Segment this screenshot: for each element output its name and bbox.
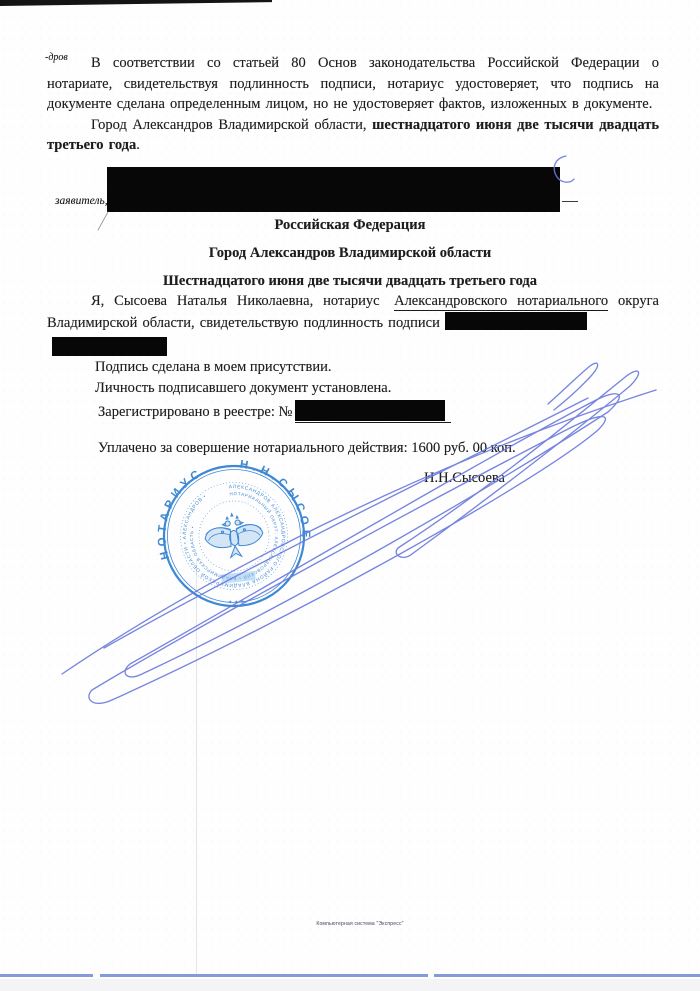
notary-paragraph-text: Я, Сысоева Наталья Николаевна, нотариус … — [47, 291, 659, 333]
scanned-notary-document: -дров В соответствии со статьей 80 Основ… — [0, 0, 700, 991]
svg-text:НОТАРИУС Н.Н.СЫСОЕВА: НОТАРИУС Н.Н.СЫСОЕВА — [149, 452, 314, 565]
paragraph-city-date-period: . — [136, 137, 140, 153]
notary-stamp-seal: НОТАРИУС Н.Н.СЫСОЕВА ✦ ✦ ✦ АЛЕКСАНДРОВ А… — [146, 448, 322, 624]
notary-name: Н.Н.Сысоева — [424, 468, 505, 488]
line-identity-established: Личность подписавшего документ установле… — [95, 378, 391, 398]
scan-bottom-band — [0, 979, 700, 991]
redaction-box-registry-number — [295, 400, 445, 421]
redaction-box-signer-name-2 — [52, 337, 167, 356]
scan-bottom-blue-line — [0, 974, 700, 977]
double-headed-eagle-icon — [203, 511, 265, 560]
registry-underline — [295, 422, 451, 423]
footer-software-note: Компьютерная система "Экспресс" — [280, 921, 440, 927]
paragraph-city-date-normal: Город Александров Владимирской области, — [91, 117, 372, 133]
paragraph-city-date: Город Александров Владимирской области, … — [47, 115, 659, 156]
bottom-line-gap — [93, 973, 100, 979]
scan-vertical-line-artifact — [196, 560, 197, 975]
dash-after-redaction — [562, 201, 578, 202]
bottom-line-gap — [428, 973, 434, 979]
registry-label: Зарегистрировано в реестре: № — [98, 402, 292, 422]
redaction-box-applicant — [107, 167, 560, 212]
heading-date: Шестнадцатого июня две тысячи двадцать т… — [0, 273, 700, 290]
body-paragraphs: В соответствии со статьей 80 Основ закон… — [47, 53, 659, 156]
fee-line: Уплачено за совершение нотариального дей… — [98, 438, 516, 458]
stamp-text-notarius: НОТАРИУС — [149, 466, 214, 561]
heading-city: Город Александров Владимирской области — [0, 245, 700, 262]
notary-paragraph-underlined: Александровского нотариального — [394, 293, 608, 311]
scan-edge-artifact-top — [0, 0, 272, 6]
heading-country: Российская Федерация — [0, 217, 700, 234]
applicant-label: заявитель, — [55, 191, 108, 211]
redaction-box-signer-name — [445, 312, 587, 330]
paragraph-law-article: В соответствии со статьей 80 Основ закон… — [47, 53, 659, 115]
notary-paragraph: Я, Сысоева Наталья Николаевна, нотариус … — [47, 291, 659, 333]
line-signature-presence: Подпись сделана в моем присутствии. — [95, 357, 331, 377]
notary-paragraph-start: Я, Сысоева Наталья Николаевна, нотариус — [91, 293, 394, 309]
